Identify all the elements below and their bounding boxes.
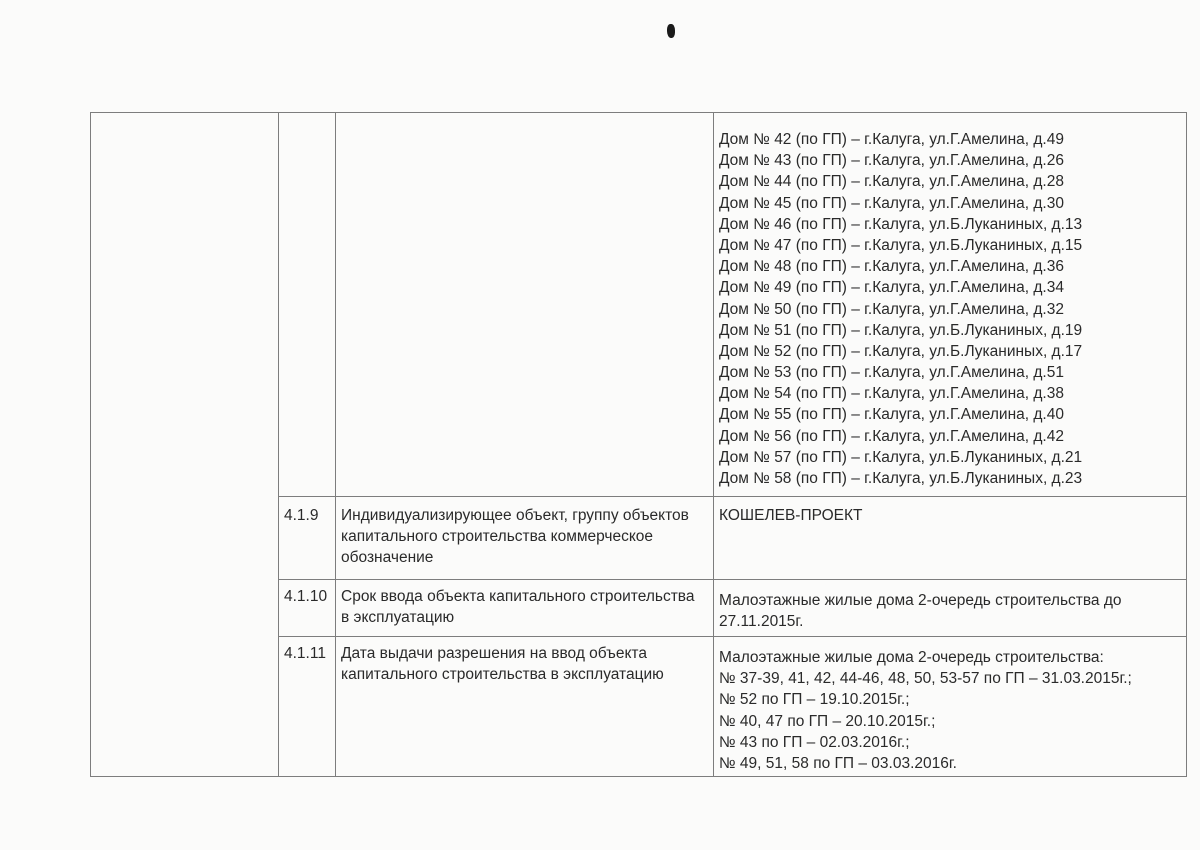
house-address-line: Дом № 56 (по ГП) – г.Калуга, ул.Г.Амелин… xyxy=(719,426,1082,447)
text-line: № 49, 51, 58 по ГП – 03.03.2016г. xyxy=(719,753,1132,774)
houses-list: Дом № 42 (по ГП) – г.Калуга, ул.Г.Амелин… xyxy=(719,129,1082,489)
row-number-4-1-9: 4.1.9 xyxy=(284,505,318,526)
row-label-4-1-9: Индивидуализирующее объект, группу объек… xyxy=(341,505,689,569)
house-address-line: Дом № 52 (по ГП) – г.Калуга, ул.Б.Лукани… xyxy=(719,341,1082,362)
text-line: Индивидуализирующее объект, группу объек… xyxy=(341,505,689,526)
row-value-4-1-9: КОШЕЛЕВ-ПРОЕКТ xyxy=(719,505,863,526)
row-value-4-1-11: Малоэтажные жилые дома 2-очередь строите… xyxy=(719,647,1132,774)
row-value-4-1-10: Малоэтажные жилые дома 2-очередь строите… xyxy=(719,590,1122,632)
text-line: Дата выдачи разрешения на ввод объекта xyxy=(341,643,664,664)
house-address-line: Дом № 53 (по ГП) – г.Калуга, ул.Г.Амелин… xyxy=(719,362,1082,383)
house-address-line: Дом № 49 (по ГП) – г.Калуга, ул.Г.Амелин… xyxy=(719,277,1082,298)
house-address-line: Дом № 44 (по ГП) – г.Калуга, ул.Г.Амелин… xyxy=(719,171,1082,192)
text-line: № 52 по ГП – 19.10.2015г.; xyxy=(719,689,1132,710)
row-number-4-1-11: 4.1.11 xyxy=(284,643,326,664)
house-address-line: Дом № 55 (по ГП) – г.Калуга, ул.Г.Амелин… xyxy=(719,404,1082,425)
row-divider xyxy=(278,579,1186,580)
house-address-line: Дом № 54 (по ГП) – г.Калуга, ул.Г.Амелин… xyxy=(719,383,1082,404)
house-address-line: Дом № 57 (по ГП) – г.Калуга, ул.Б.Лукани… xyxy=(719,447,1082,468)
text-line: в эксплуатацию xyxy=(341,607,694,628)
text-line: Малоэтажные жилые дома 2-очередь строите… xyxy=(719,647,1132,668)
text-line: Малоэтажные жилые дома 2-очередь строите… xyxy=(719,590,1122,611)
house-address-line: Дом № 43 (по ГП) – г.Калуга, ул.Г.Амелин… xyxy=(719,150,1082,171)
text-line: капитального строительства коммерческое xyxy=(341,526,689,547)
house-address-line: Дом № 51 (по ГП) – г.Калуга, ул.Б.Лукани… xyxy=(719,320,1082,341)
row-label-4-1-10: Срок ввода объекта капитального строител… xyxy=(341,586,694,628)
row-divider xyxy=(278,496,1186,497)
text-line: капитального строительства в эксплуатаци… xyxy=(341,664,664,685)
row-number-4-1-10: 4.1.10 xyxy=(284,586,327,607)
house-address-line: Дом № 58 (по ГП) – г.Калуга, ул.Б.Лукани… xyxy=(719,468,1082,489)
column-divider xyxy=(335,113,336,776)
house-address-line: Дом № 48 (по ГП) – г.Калуга, ул.Г.Амелин… xyxy=(719,256,1082,277)
house-address-line: Дом № 46 (по ГП) – г.Калуга, ул.Б.Лукани… xyxy=(719,214,1082,235)
text-line: № 43 по ГП – 02.03.2016г.; xyxy=(719,732,1132,753)
column-divider xyxy=(713,113,714,776)
text-line: Срок ввода объекта капитального строител… xyxy=(341,586,694,607)
house-address-line: Дом № 50 (по ГП) – г.Калуга, ул.Г.Амелин… xyxy=(719,299,1082,320)
row-divider xyxy=(278,636,1186,637)
column-divider xyxy=(278,113,279,776)
row-label-4-1-11: Дата выдачи разрешения на ввод объектака… xyxy=(341,643,664,685)
house-address-line: Дом № 47 (по ГП) – г.Калуга, ул.Б.Лукани… xyxy=(719,235,1082,256)
house-address-line: Дом № 45 (по ГП) – г.Калуга, ул.Г.Амелин… xyxy=(719,193,1082,214)
text-line: № 37-39, 41, 42, 44-46, 48, 50, 53-57 по… xyxy=(719,668,1132,689)
text-line: обозначение xyxy=(341,547,689,568)
text-line: 27.11.2015г. xyxy=(719,611,1122,632)
document-table: Дом № 42 (по ГП) – г.Калуга, ул.Г.Амелин… xyxy=(90,112,1187,777)
text-line: № 40, 47 по ГП – 20.10.2015г.; xyxy=(719,711,1132,732)
scan-ink-speck xyxy=(667,24,675,38)
house-address-line: Дом № 42 (по ГП) – г.Калуга, ул.Г.Амелин… xyxy=(719,129,1082,150)
text-line: КОШЕЛЕВ-ПРОЕКТ xyxy=(719,505,863,526)
